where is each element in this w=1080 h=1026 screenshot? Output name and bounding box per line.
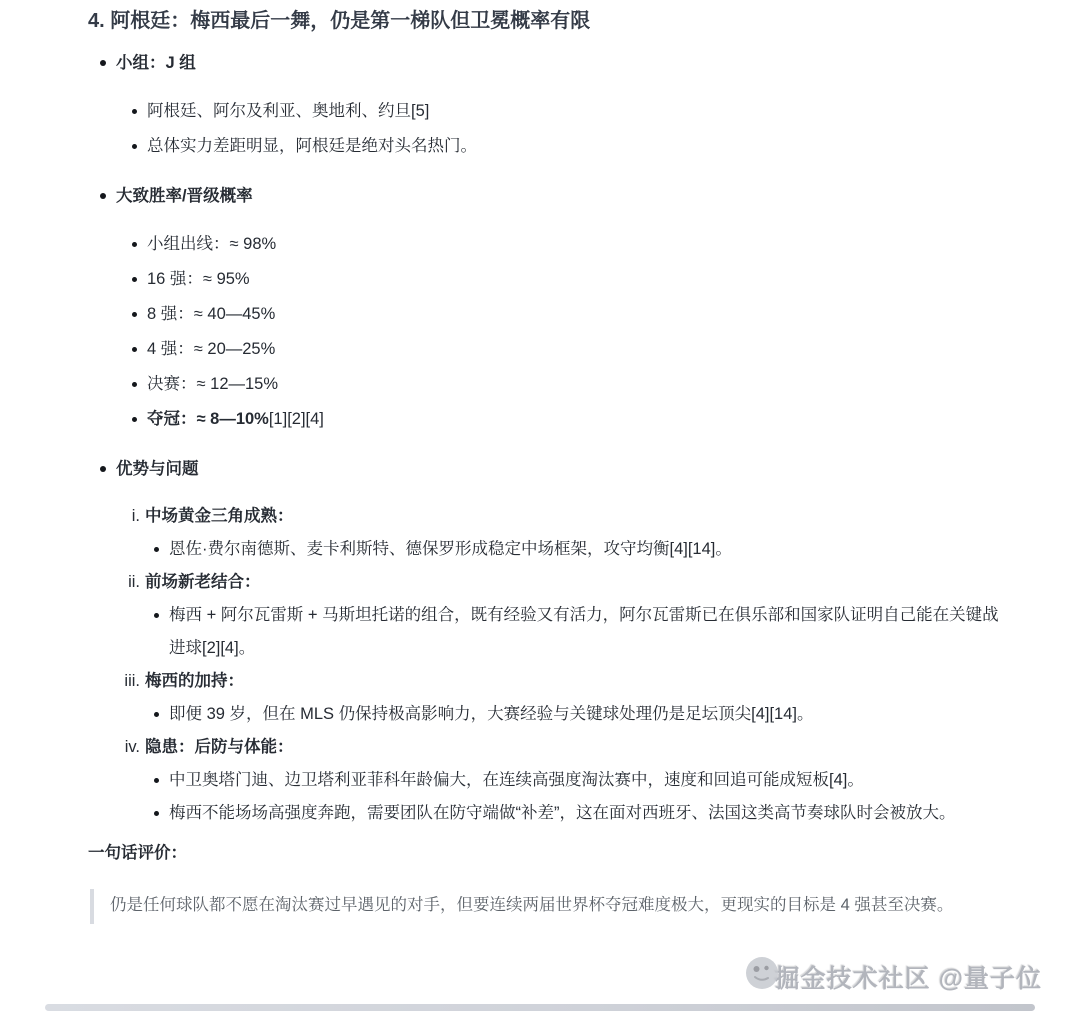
bullet-icon bbox=[132, 242, 137, 247]
article-body: 4. 阿根廷：梅西最后一舞，仍是第一梯队但卫冕概率有限 小组：J 组 阿根廷、阿… bbox=[0, 0, 1080, 924]
roman-item: i. 中场黄金三角成熟： bbox=[116, 500, 1010, 533]
roman-title: 中场黄金三角成熟： bbox=[145, 500, 1010, 533]
bullet-icon bbox=[154, 811, 159, 816]
bullet-icon bbox=[100, 60, 106, 66]
list-item-text: 小组出线：≈ 98% bbox=[147, 227, 1010, 262]
list-item-text: 决赛：≈ 12—15% bbox=[147, 367, 1010, 402]
list-item: 4 强：≈ 20—25% bbox=[132, 332, 1010, 367]
bullet-icon bbox=[100, 466, 106, 472]
bullet-icon bbox=[154, 547, 159, 552]
roman-title: 梅西的加持： bbox=[145, 665, 1010, 698]
bullet-icon bbox=[132, 277, 137, 282]
list-item-text: 恩佐·费尔南德斯、麦卡利斯特、德保罗形成稳定中场框架，攻守均衡[4][14]。 bbox=[169, 533, 1010, 566]
roman-item: iv. 隐患：后防与体能： bbox=[116, 731, 1010, 764]
bullet-icon bbox=[132, 347, 137, 352]
list-item: 小组出线：≈ 98% bbox=[132, 227, 1010, 262]
roman-index: iii. bbox=[116, 665, 140, 698]
list-item-text: 梅西不能场场高强度奔跑，需要团队在防守端做“补差”，这在面对西班牙、法国这类高节… bbox=[169, 797, 1010, 830]
list-item: 总体实力差距明显，阿根廷是绝对头名热门。 bbox=[132, 129, 1010, 164]
quote-block: 仍是任何球队都不愿在淘汰赛过早遇见的对手，但要连续两届世界杯夺冠难度极大，更现实… bbox=[90, 889, 1010, 924]
pros-cons-list: i. 中场黄金三角成熟： 恩佐·费尔南德斯、麦卡利斯特、德保罗形成稳定中场框架，… bbox=[88, 500, 1010, 830]
list-item-text: 夺冠：≈ 8—10%[1][2][4] bbox=[147, 402, 1010, 437]
page-title: 4. 阿根廷：梅西最后一舞，仍是第一梯队但卫冕概率有限 bbox=[88, 8, 1010, 34]
bullet-icon bbox=[100, 193, 106, 199]
list-item-text: 中卫奥塔门迪、边卫塔利亚菲科年龄偏大，在连续高强度淘汰赛中，速度和回追可能成短板… bbox=[169, 764, 1010, 797]
community-logo-icon bbox=[745, 956, 775, 997]
watermark-text: 掘金技术社区 @量子位 bbox=[775, 959, 1042, 995]
bullet-icon bbox=[132, 417, 137, 422]
list-item-text: 梅西 + 阿尔瓦雷斯 + 马斯坦托诺的组合，既有经验又有活力，阿尔瓦雷斯已在俱乐… bbox=[169, 599, 1010, 665]
list-item: 梅西 + 阿尔瓦雷斯 + 马斯坦托诺的组合，既有经验又有活力，阿尔瓦雷斯已在俱乐… bbox=[154, 599, 1010, 665]
list-item-text: 16 强：≈ 95% bbox=[147, 262, 1010, 297]
roman-index: ii. bbox=[116, 566, 140, 599]
list-item-text: 总体实力差距明显，阿根廷是绝对头名热门。 bbox=[147, 129, 1010, 164]
list-item-text: 4 强：≈ 20—25% bbox=[147, 332, 1010, 367]
roman-title: 隐患：后防与体能： bbox=[145, 731, 1010, 764]
list-item: 16 强：≈ 95% bbox=[132, 262, 1010, 297]
watermark: 掘金技术社区 @量子位 bbox=[745, 956, 1042, 997]
bullet-icon bbox=[154, 613, 159, 618]
roman-index: i. bbox=[116, 500, 140, 533]
list-item: 8 强：≈ 40—45% bbox=[132, 297, 1010, 332]
list-item-text: 8 强：≈ 40—45% bbox=[147, 297, 1010, 332]
roman-item: ii. 前场新老结合： bbox=[116, 566, 1010, 599]
roman-item: iii. 梅西的加持： bbox=[116, 665, 1010, 698]
list-item: 恩佐·费尔南德斯、麦卡利斯特、德保罗形成稳定中场框架，攻守均衡[4][14]。 bbox=[154, 533, 1010, 566]
list-item: 决赛：≈ 12—15% bbox=[132, 367, 1010, 402]
bullet-icon bbox=[154, 712, 159, 717]
probability-label: 大致胜率/晋级概率 bbox=[116, 179, 1010, 213]
horizontal-scrollbar[interactable] bbox=[45, 1004, 1035, 1011]
champion-probability: 夺冠：≈ 8—10% bbox=[147, 410, 269, 428]
bullet-icon bbox=[154, 778, 159, 783]
bullet-icon bbox=[132, 109, 137, 114]
list-item: 梅西不能场场高强度奔跑，需要团队在防守端做“补差”，这在面对西班牙、法国这类高节… bbox=[154, 797, 1010, 830]
roman-index: iv. bbox=[116, 731, 140, 764]
list-item: 中卫奥塔门迪、边卫塔利亚菲科年龄偏大，在连续高强度淘汰赛中，速度和回追可能成短板… bbox=[154, 764, 1010, 797]
group-list: 阿根廷、阿尔及利亚、奥地利、约旦[5] 总体实力差距明显，阿根廷是绝对头名热门。 bbox=[88, 94, 1010, 164]
probability-list: 小组出线：≈ 98% 16 强：≈ 95% 8 强：≈ 40—45% 4 强：≈… bbox=[88, 227, 1010, 437]
list-item: 夺冠：≈ 8—10%[1][2][4] bbox=[132, 402, 1010, 437]
bullet-icon bbox=[132, 312, 137, 317]
group-label: 小组：J 组 bbox=[116, 46, 1010, 80]
reference-marks: [1][2][4] bbox=[269, 410, 324, 428]
bullet-icon bbox=[132, 382, 137, 387]
bullet-icon bbox=[132, 144, 137, 149]
probability-section-header: 大致胜率/晋级概率 bbox=[100, 179, 1010, 213]
quote-text: 仍是任何球队都不愿在淘汰赛过早遇见的对手，但要连续两届世界杯夺冠难度极大，更现实… bbox=[110, 889, 1010, 922]
pros-cons-label: 优势与问题 bbox=[116, 452, 1010, 486]
list-item-text: 阿根廷、阿尔及利亚、奥地利、约旦[5] bbox=[147, 94, 1010, 129]
roman-title: 前场新老结合： bbox=[145, 566, 1010, 599]
list-item-text: 即便 39 岁，但在 MLS 仍保持极高影响力，大赛经验与关键球处理仍是足坛顶尖… bbox=[169, 698, 1010, 731]
list-item: 阿根廷、阿尔及利亚、奥地利、约旦[5] bbox=[132, 94, 1010, 129]
summary-label: 一句话评价： bbox=[88, 840, 1010, 866]
group-section-header: 小组：J 组 bbox=[100, 46, 1010, 80]
list-item: 即便 39 岁，但在 MLS 仍保持极高影响力，大赛经验与关键球处理仍是足坛顶尖… bbox=[154, 698, 1010, 731]
pros-cons-section-header: 优势与问题 bbox=[100, 452, 1010, 486]
